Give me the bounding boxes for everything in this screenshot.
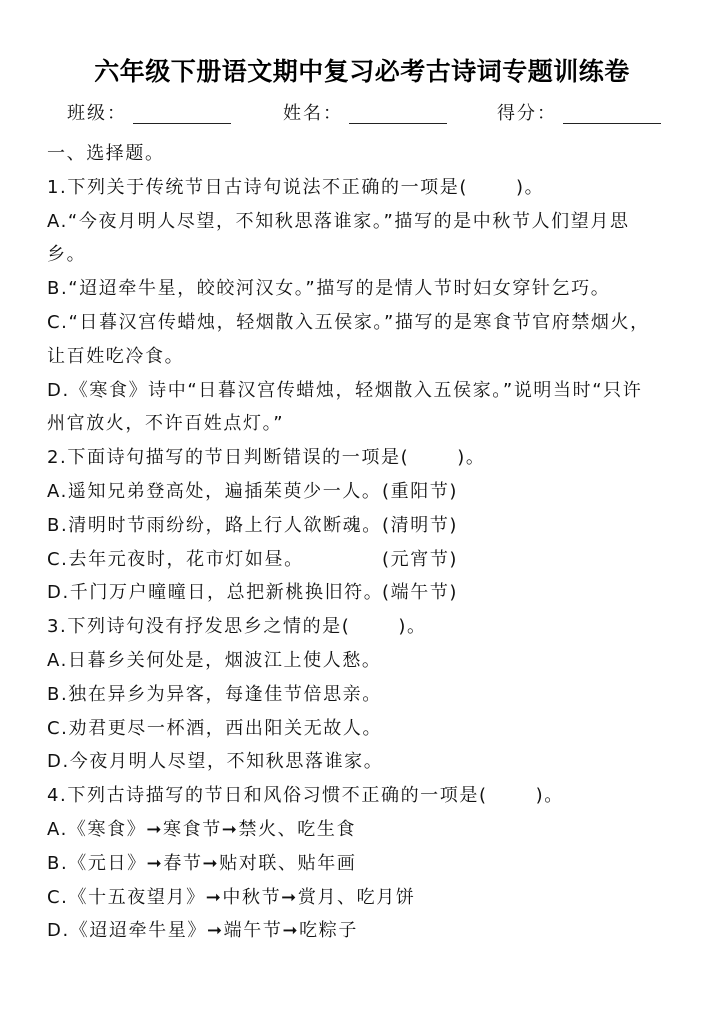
festival-label: (端午节) <box>382 576 458 610</box>
question-4-stem: 4.下列古诗描写的节日和风俗习惯不正确的一项是()。 <box>47 779 687 813</box>
option-text: B.清明时节雨纷纷，路上行人欲断魂。 <box>47 515 382 536</box>
question-4-option-a: A.《寒食》➞寒食节➞禁火、吃生食 <box>47 813 687 847</box>
question-4-option-d: D.《迢迢牵牛星》➞端午节➞吃粽子 <box>47 914 687 948</box>
question-1-option-d-cont: 州官放火，不许百姓点灯。” <box>47 407 687 441</box>
question-3-option-b: B.独在异乡为异客，每逢佳节倍思亲。 <box>47 678 687 712</box>
class-label: 班级： <box>67 100 127 128</box>
question-1-option-a-cont: 乡。 <box>47 238 687 272</box>
question-2-stem-text: 2.下面诗句描写的节日判断错误的一项是( <box>47 447 409 468</box>
class-field: 班级： <box>67 100 231 128</box>
question-1-stem-end: )。 <box>516 177 544 198</box>
question-3-option-c: C.劝君更尽一杯酒，西出阳关无故人。 <box>47 712 687 746</box>
question-1-stem-text: 1.下列关于传统节日古诗句说法不正确的一项是( <box>47 177 468 198</box>
score-field: 得分： <box>497 100 661 128</box>
question-4-stem-end: )。 <box>536 785 564 806</box>
festival-label: (重阳节) <box>382 475 458 509</box>
question-1-option-c: C.“日暮汉宫传蜡烛，轻烟散入五侯家。”描写的是寒食节官府禁烟火， <box>47 306 687 340</box>
question-2-option-d: D.千门万户曈曈日，总把新桃换旧符。 (端午节) <box>47 576 687 610</box>
question-4-stem-text: 4.下列古诗描写的节日和风俗习惯不正确的一项是( <box>47 785 488 806</box>
question-2-stem-end: )。 <box>457 447 485 468</box>
class-blank-line[interactable] <box>133 103 231 124</box>
student-info-row: 班级： 姓名： 得分： <box>0 100 724 130</box>
question-1-option-a: A.“今夜月明人尽望，不知秋思落谁家。”描写的是中秋节人们望月思 <box>47 205 687 239</box>
question-4-option-b: B.《元日》➞春节➞贴对联、贴年画 <box>47 847 687 881</box>
option-text: D.千门万户曈曈日，总把新桃换旧符。 <box>47 582 383 603</box>
question-1-option-d: D.《寒食》诗中“日暮汉宫传蜡烛，轻烟散入五侯家。”说明当时“只许 <box>47 374 687 408</box>
question-4-option-c: C.《十五夜望月》➞中秋节➞赏月、吃月饼 <box>47 881 687 915</box>
section-heading: 一、选择题。 <box>47 137 687 171</box>
question-3-option-d: D.今夜月明人尽望，不知秋思落谁家。 <box>47 745 687 779</box>
name-field: 姓名： <box>283 100 447 128</box>
festival-label: (清明节) <box>382 509 458 543</box>
question-3-stem-end: )。 <box>398 616 426 637</box>
score-blank-line[interactable] <box>563 103 661 124</box>
option-text: C.去年元夜时，花市灯如昼。 <box>47 549 304 570</box>
question-1-option-c-cont: 让百姓吃冷食。 <box>47 340 687 374</box>
score-label: 得分： <box>497 100 557 128</box>
question-3-stem: 3.下列诗句没有抒发思乡之情的是()。 <box>47 610 687 644</box>
question-2-option-b: B.清明时节雨纷纷，路上行人欲断魂。 (清明节) <box>47 509 687 543</box>
name-label: 姓名： <box>283 100 343 128</box>
question-2-stem: 2.下面诗句描写的节日判断错误的一项是()。 <box>47 441 687 475</box>
option-text: A.遥知兄弟登高处，遍插茱萸少一人。 <box>47 481 382 502</box>
question-3-stem-text: 3.下列诗句没有抒发思乡之情的是( <box>47 616 350 637</box>
question-3-option-a: A.日暮乡关何处是，烟波江上使人愁。 <box>47 644 687 678</box>
name-blank-line[interactable] <box>349 103 447 124</box>
page-title: 六年级下册语文期中复习必考古诗词专题训练卷 <box>0 54 724 90</box>
festival-label: (元宵节) <box>382 543 458 577</box>
question-2-option-c: C.去年元夜时，花市灯如昼。 (元宵节) <box>47 543 687 577</box>
question-1-stem: 1.下列关于传统节日古诗句说法不正确的一项是()。 <box>47 171 687 205</box>
exam-page: 六年级下册语文期中复习必考古诗词专题训练卷 班级： 姓名： 得分： 一、选择题。… <box>0 0 724 1024</box>
question-2-option-a: A.遥知兄弟登高处，遍插茱萸少一人。 (重阳节) <box>47 475 687 509</box>
question-body: 一、选择题。 1.下列关于传统节日古诗句说法不正确的一项是()。 A.“今夜月明… <box>47 137 687 948</box>
question-1-option-b: B.“迢迢牵牛星，皎皎河汉女。”描写的是情人节时妇女穿针乞巧。 <box>47 272 687 306</box>
